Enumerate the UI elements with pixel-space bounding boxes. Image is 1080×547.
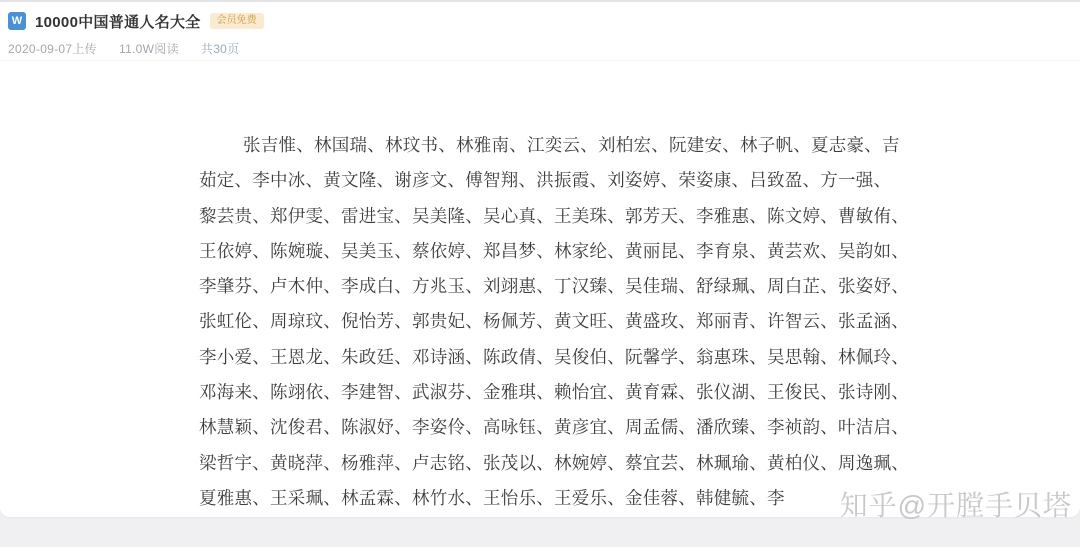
title-row: W 10000中国普通人名大全 会员免费 bbox=[8, 10, 1072, 32]
document-header: W 10000中国普通人名大全 会员免费 2020-09-07上传 11.0W阅… bbox=[8, 10, 1072, 57]
names-line: 梁哲宇、黄晓萍、杨雅萍、卢志铭、张茂以、林婉婷、蔡宜芸、林珮瑜、黄柏仪、周逸珮、 bbox=[199, 446, 915, 481]
names-paragraph: 张吉惟、林国瑞、林玟书、林雅南、江奕云、刘柏宏、阮建安、林子帆、夏志豪、吉 茹定… bbox=[199, 128, 915, 516]
upload-date: 2020-09-07上传 bbox=[8, 40, 97, 57]
document-title[interactable]: 10000中国普通人名大全 bbox=[35, 11, 201, 32]
names-line: 夏雅惠、王采珮、林孟霖、林竹水、王怡乐、王爱乐、金佳蓉、韩健毓、李 bbox=[199, 481, 915, 516]
read-count: 11.0W阅读 bbox=[119, 40, 179, 57]
names-line: 张吉惟、林国瑞、林玟书、林雅南、江奕云、刘柏宏、阮建安、林子帆、夏志豪、吉 bbox=[199, 128, 915, 163]
names-line: 王依婷、陈婉璇、吴美玉、蔡依婷、郑昌梦、林家纶、黄丽昆、李育泉、黄芸欢、吴韵如、 bbox=[199, 234, 915, 269]
names-line: 张虹伦、周琼玟、倪怡芳、郭贵妃、杨佩芳、黄文旺、黄盛玫、郑丽青、许智云、张孟涵、 bbox=[199, 304, 915, 339]
names-line: 李小爱、王恩龙、朱政廷、邓诗涵、陈政倩、吴俊伯、阮馨学、翁惠珠、吴思翰、林佩玲、 bbox=[199, 340, 915, 375]
document-card: W 10000中国普通人名大全 会员免费 2020-09-07上传 11.0W阅… bbox=[0, 2, 1080, 517]
header-divider bbox=[0, 60, 1080, 61]
member-free-badge: 会员免费 bbox=[210, 13, 264, 29]
names-line: 林慧颖、沈俊君、陈淑妤、李姿伶、高咏钰、黄彦宜、周孟儒、潘欣臻、李祯韵、叶洁启、 bbox=[199, 410, 915, 445]
names-line: 黎芸贵、郑伊雯、雷进宝、吴美隆、吴心真、王美珠、郭芳天、李雅惠、陈文婷、曹敏侑、 bbox=[199, 199, 915, 234]
names-line: 茹定、李中冰、黄文隆、谢彦文、傅智翔、洪振霞、刘姿婷、荣姿康、吕致盈、方一强、 bbox=[199, 163, 915, 198]
names-line: 李肇芬、卢木仲、李成白、方兆玉、刘翊惠、丁汉臻、吴佳瑞、舒绿珮、周白芷、张姿妤、 bbox=[199, 269, 915, 304]
word-doc-icon: W bbox=[8, 12, 26, 30]
document-meta: 2020-09-07上传 11.0W阅读 共30页 bbox=[8, 40, 1072, 57]
names-line: 邓海来、陈翊依、李建智、武淑芬、金雅琪、赖怡宜、黄育霖、张仪湖、王俊民、张诗刚、 bbox=[199, 375, 915, 410]
page-count: 共30页 bbox=[201, 40, 240, 57]
